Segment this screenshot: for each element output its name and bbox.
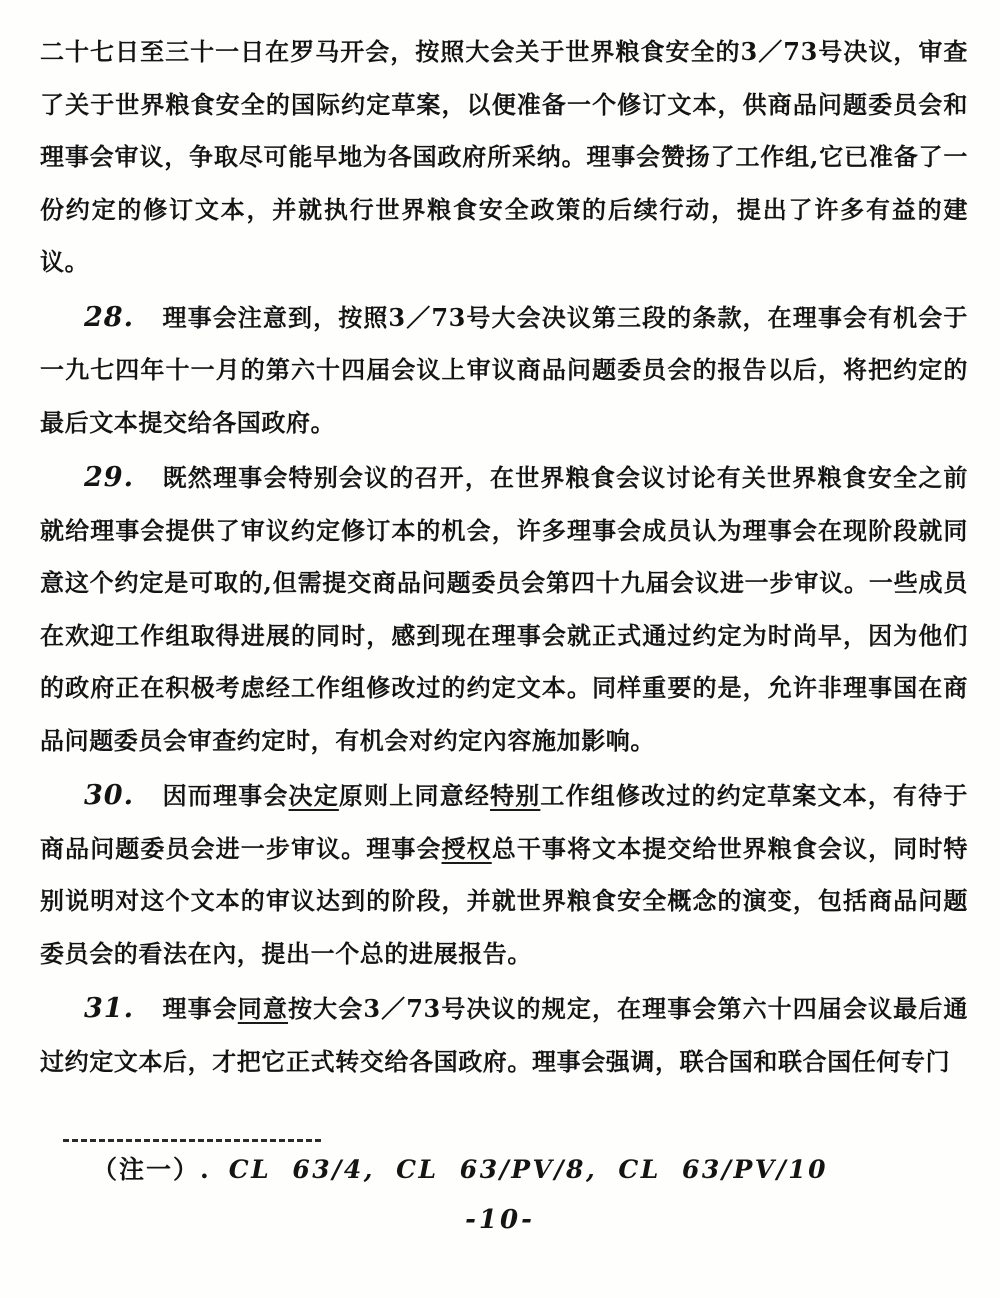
text-segment: 原则上同意经 (339, 781, 490, 810)
paragraph-number: 28. (84, 302, 162, 333)
underlined-text: 决定 (289, 781, 339, 810)
paragraph-number: 31. (84, 993, 162, 1024)
text-segment: 理事会注意到，按照3／73号大会决议第三段的条款，在理事会有机会于一九七四年十一… (40, 303, 968, 437)
footnote: （注一）.CL 63/4, CL 63/PV/8, CL 63/PV/10 (92, 1150, 828, 1186)
underlined-text: 授权 (442, 834, 492, 863)
paragraph-number: 29. (84, 462, 162, 493)
text-segment: 既然理事会特别会议的召开，在世界粮食会议讨论有关世界粮食安全之前就给理事会提供了… (40, 463, 968, 755)
document-page: 二十七日至三十一日在罗马开会，按照大会关于世界粮食安全的3／73号决议，审查了关… (0, 0, 1000, 1298)
footnote-references: CL 63/4, CL 63/PV/8, CL 63/PV/10 (211, 1155, 828, 1184)
footnote-label: （注一）. (92, 1155, 211, 1184)
paragraph: 二十七日至三十一日在罗马开会，按照大会关于世界粮食安全的3／73号决议，审查了关… (40, 26, 968, 289)
paragraph: 31.理事会同意按大会3／73号决议的规定，在理事会第六十四届会议最后通过约定文… (40, 983, 968, 1088)
paragraph: 30.因而理事会决定原则上同意经特别工作组修改过的约定草案文本，有待于商品问题委… (40, 770, 968, 980)
paragraph: 28.理事会注意到，按照3／73号大会决议第三段的条款，在理事会有机会于一九七四… (40, 292, 968, 450)
text-segment: 二十七日至三十一日在罗马开会，按照大会关于世界粮食安全的3／73号决议，审查了关… (40, 37, 968, 276)
text-segment: 理事会 (162, 994, 238, 1023)
text-segment: 因而理事会 (162, 781, 289, 810)
paragraph: 29.既然理事会特别会议的召开，在世界粮食会议讨论有关世界粮食安全之前就给理事会… (40, 452, 968, 767)
underlined-text: 特别 (490, 781, 540, 810)
document-body: 二十七日至三十一日在罗马开会，按照大会关于世界粮食安全的3／73号决议，审查了关… (40, 26, 968, 1091)
footnote-divider (63, 1139, 321, 1142)
underlined-text: 同意 (238, 994, 288, 1023)
paragraph-number: 30. (84, 780, 162, 811)
page-number: -10- (0, 1205, 1000, 1235)
